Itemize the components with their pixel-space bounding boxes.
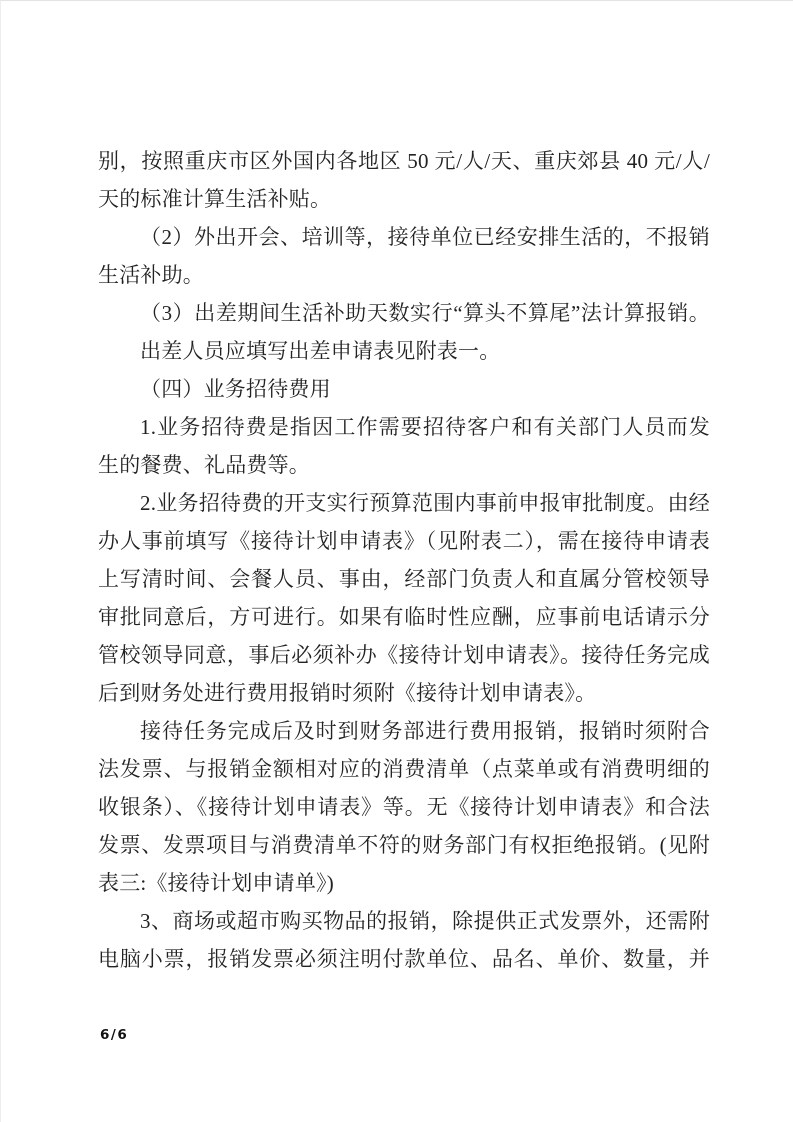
- text-line: 法发票、与报销金额相对应的消费清单（点菜单或有消费明细的: [98, 750, 710, 788]
- text-line: 上写清时间、会餐人员、事由，经部门负责人和直属分管校领导: [98, 560, 710, 598]
- page-number: 6/6: [100, 1027, 128, 1043]
- text-line: 审批同意后，方可进行。如果有临时性应酬，应事前电话请示分: [98, 598, 710, 636]
- text-line: 接待任务完成后及时到财务部进行费用报销，报销时须附合: [98, 712, 710, 750]
- text-line: 生活补助。: [98, 256, 710, 294]
- text-line: （3）出差期间生活补助天数实行“算头不算尾”法计算报销。: [98, 294, 710, 332]
- document-body: 别，按照重庆市区外国内各地区 50 元/人/天、重庆郊县 40 元/人/ 天的标…: [98, 142, 710, 978]
- text-line: 电脑小票，报销发票必须注明付款单位、品名、单价、数量，并: [98, 940, 710, 978]
- text-line: 2.业务招待费的开支实行预算范围内事前申报审批制度。由经: [98, 484, 710, 522]
- text-line: 别，按照重庆市区外国内各地区 50 元/人/天、重庆郊县 40 元/人/: [98, 142, 710, 180]
- text-line: 3、商场或超市购买物品的报销，除提供正式发票外，还需附: [98, 902, 710, 940]
- text-line: 天的标准计算生活补贴。: [98, 180, 710, 218]
- text-line: （2）外出开会、培训等，接待单位已经安排生活的，不报销: [98, 218, 710, 256]
- section-heading-line: （四）业务招待费用: [98, 370, 710, 408]
- text-line: 发票、发票项目与消费清单不符的财务部门有权拒绝报销。(见附: [98, 826, 710, 864]
- text-line: 管校领导同意，事后必须补办《接待计划申请表》。接待任务完成: [98, 636, 710, 674]
- text-line: 出差人员应填写出差申请表见附表一。: [98, 332, 710, 370]
- text-line: 生的餐费、礼品费等。: [98, 446, 710, 484]
- text-line: 后到财务处进行费用报销时须附《接待计划申请表》。: [98, 674, 710, 712]
- text-line: 办人事前填写《接待计划申请表》（见附表二），需在接待申请表: [98, 522, 710, 560]
- text-line: 收银条）、《接待计划申请表》等。无《接待计划申请表》和合法: [98, 788, 710, 826]
- document-page: 别，按照重庆市区外国内各地区 50 元/人/天、重庆郊县 40 元/人/ 天的标…: [0, 0, 793, 1122]
- text-line: 表三:《接待计划申请单》): [98, 864, 710, 902]
- text-line: 1.业务招待费是指因工作需要招待客户和有关部门人员而发: [98, 408, 710, 446]
